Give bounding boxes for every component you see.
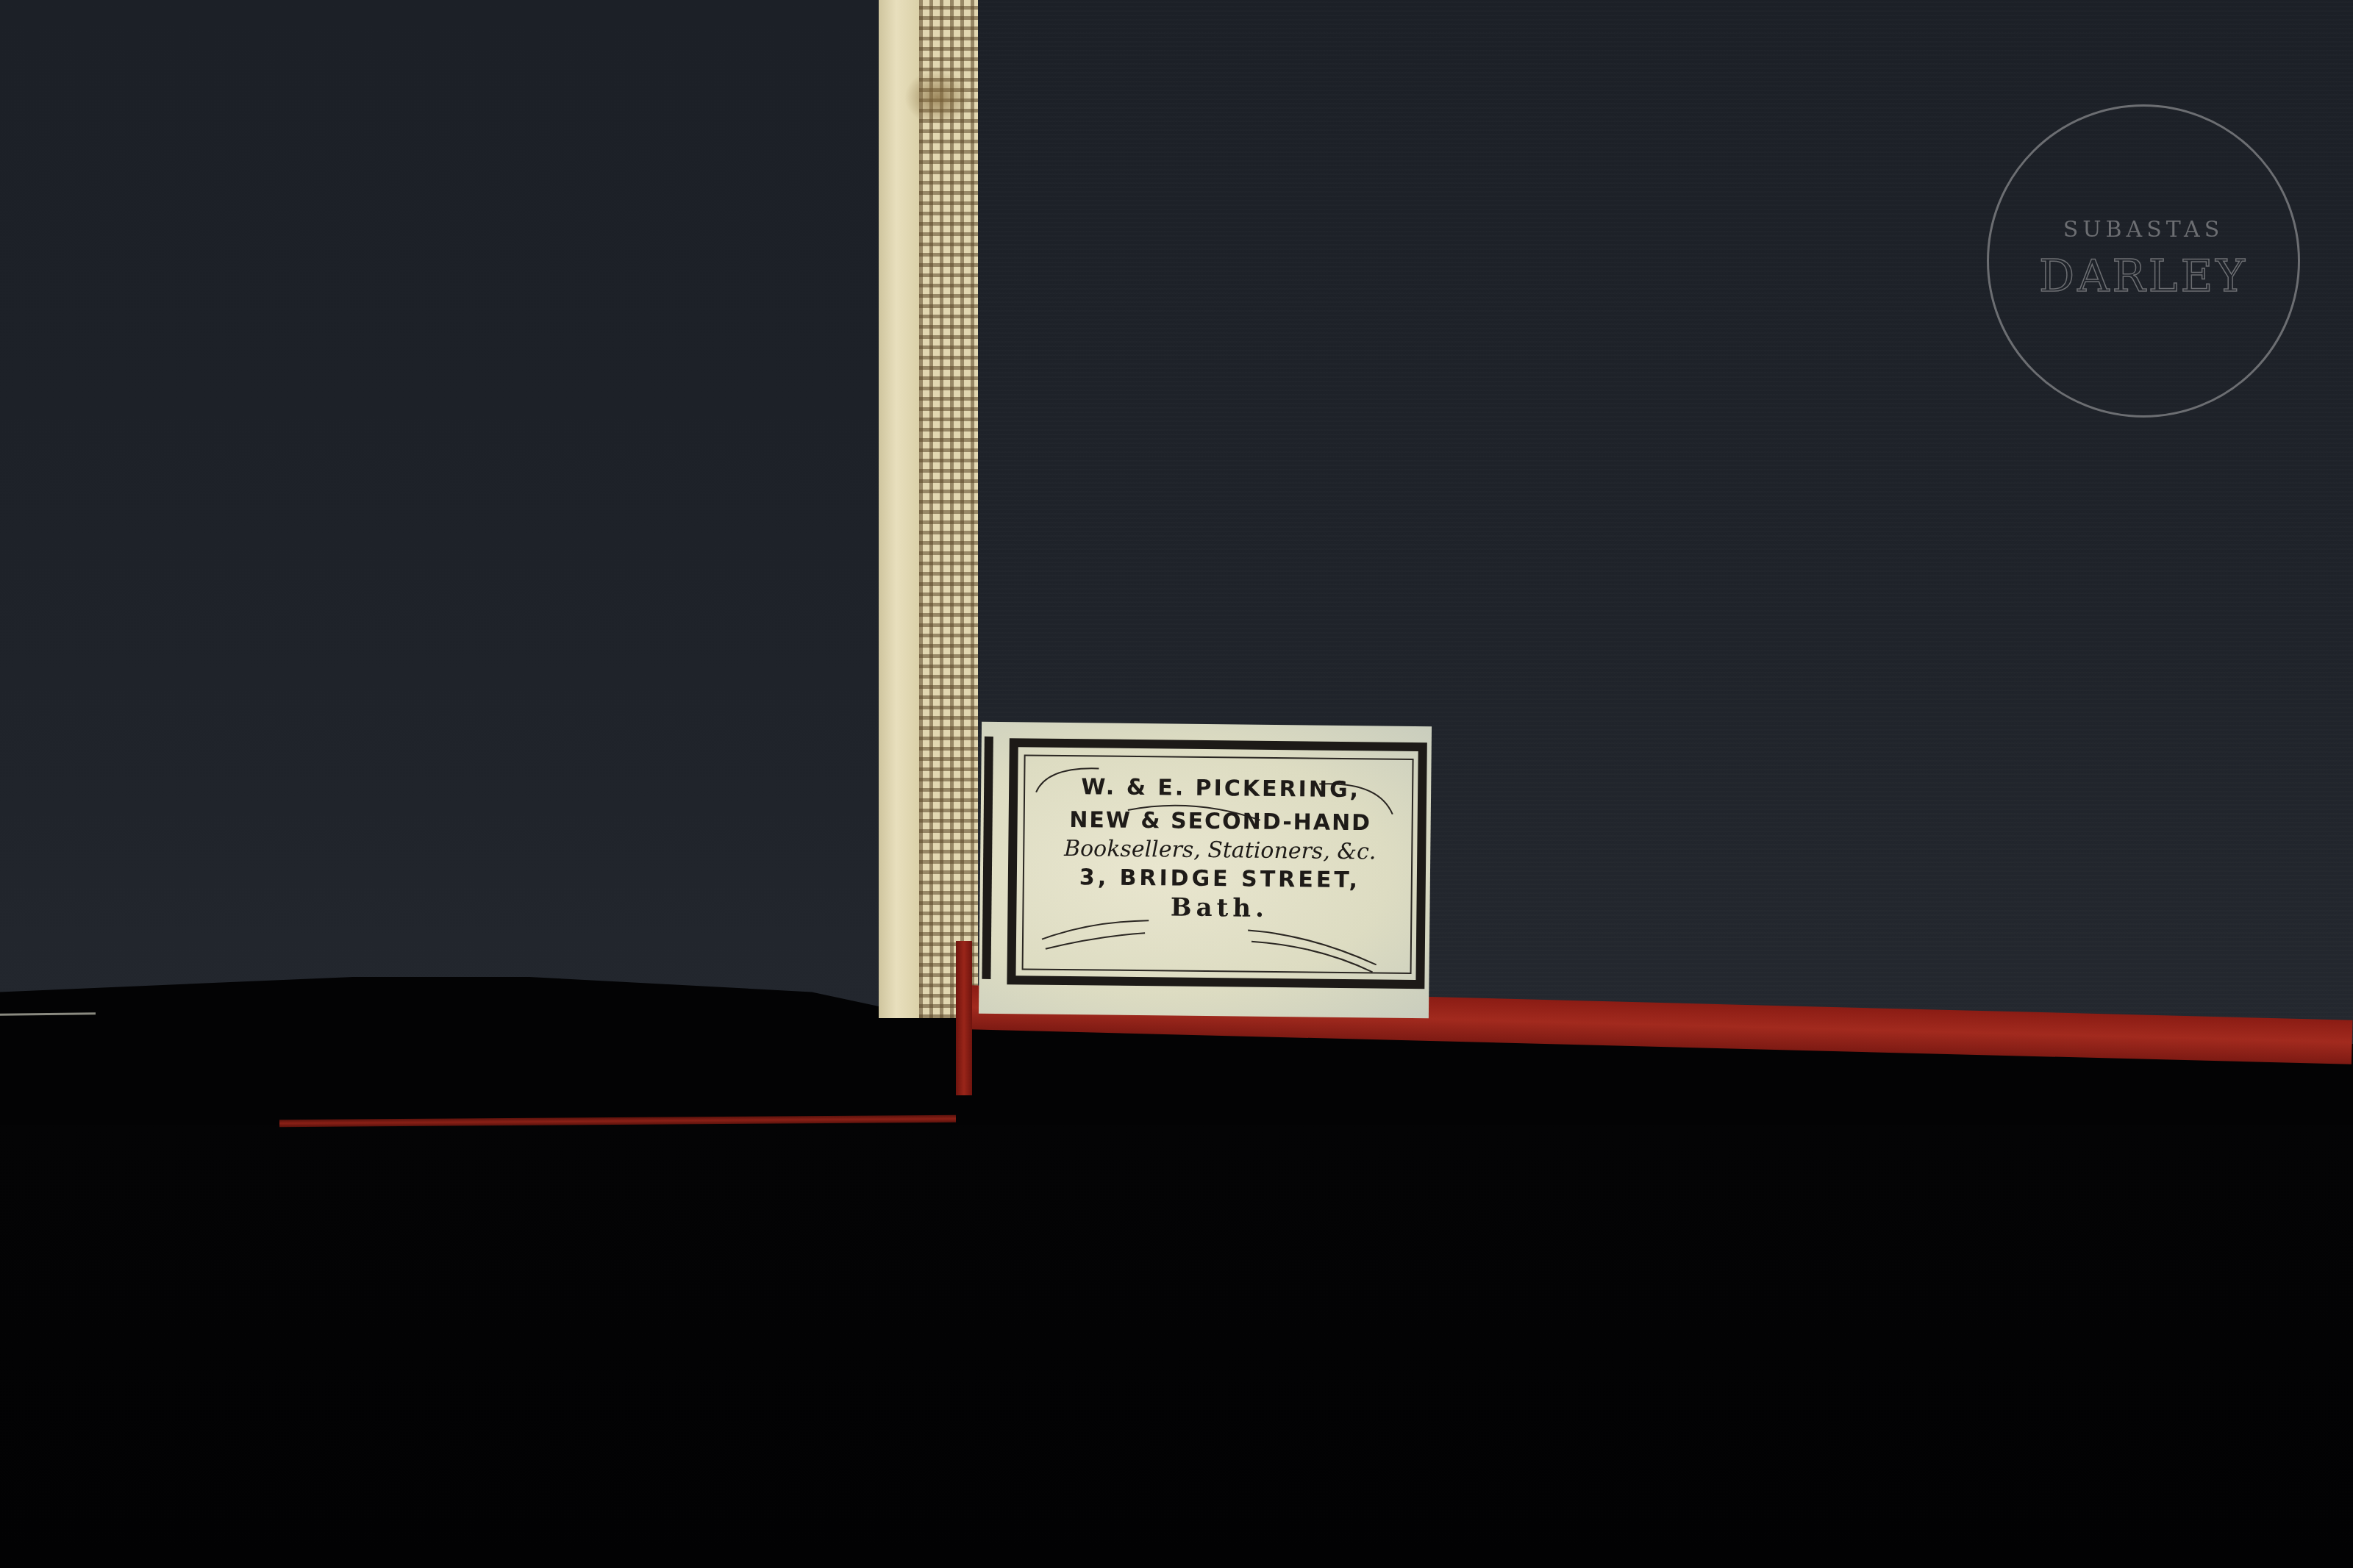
label-trade: NEW & SECOND-HAND (1032, 807, 1409, 837)
left-page-edge (0, 1012, 96, 1015)
dark-background (0, 1125, 2353, 1568)
label-address: 3, BRIDGE STREET, (1032, 864, 1408, 894)
label-profession: Booksellers, Stationers, &c. (1032, 836, 1408, 865)
label-firm-name: W. & E. PICKERING, (1032, 774, 1409, 803)
label-text-block: W. & E. PICKERING, NEW & SECOND-HAND Boo… (1031, 765, 1409, 925)
hinge-stain (904, 70, 971, 125)
auction-house-watermark: SUBASTAS DARLEY (1987, 104, 2300, 418)
label-city: Bath. (1031, 892, 1407, 925)
watermark-title: DARLEY (1989, 251, 2298, 302)
book-endpapers-photo: W. & E. PICKERING, NEW & SECOND-HAND Boo… (0, 0, 2353, 1568)
label-left-border (982, 737, 993, 979)
bookseller-label: W. & E. PICKERING, NEW & SECOND-HAND Boo… (979, 722, 1432, 1018)
spine-hinge-paper (879, 0, 923, 1018)
spine-red-cloth (956, 941, 972, 1095)
left-endpaper (0, 0, 882, 1007)
watermark-subtitle: SUBASTAS (1989, 217, 2298, 243)
spine-mull-mesh (919, 0, 979, 1018)
